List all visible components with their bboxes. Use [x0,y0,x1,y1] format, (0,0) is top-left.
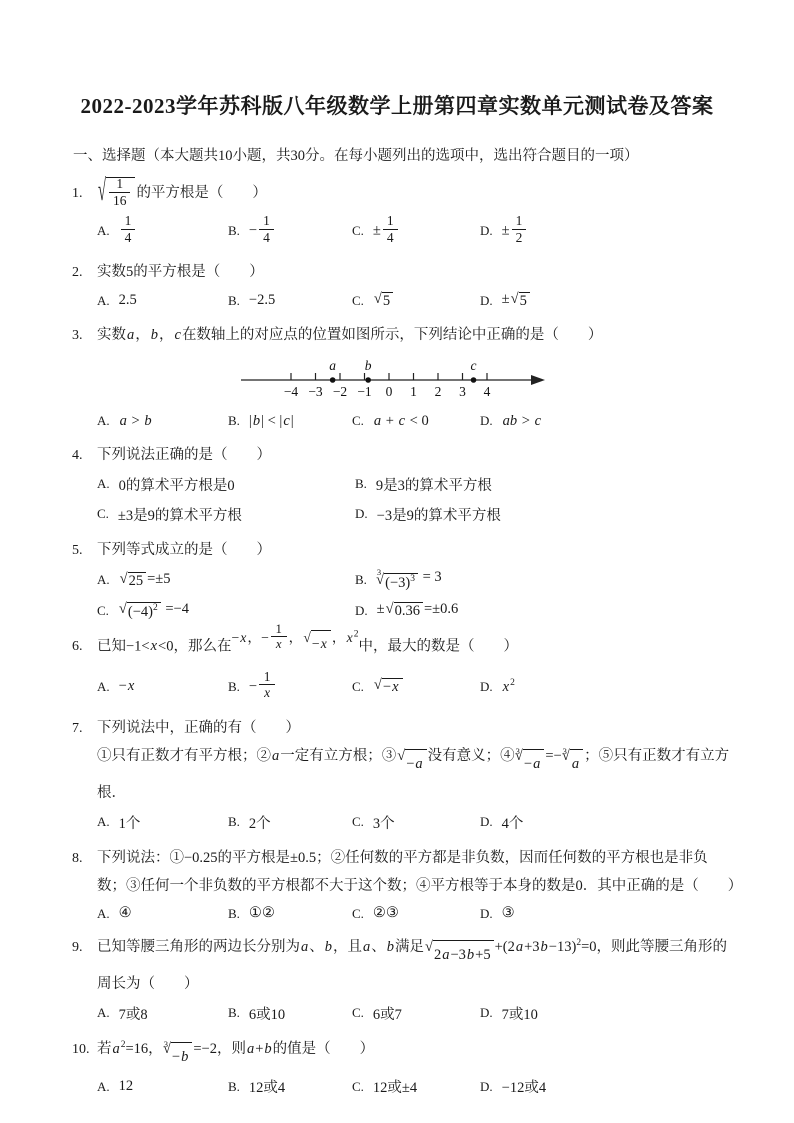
option-body: √(−4)2 =−4 [118,601,189,621]
question-number: 8. [72,851,97,867]
option-label: A. [97,223,110,239]
option: C.12或±4 [352,1072,480,1101]
option-label: A. [97,679,110,695]
question-stem: 下列说法正确的是（ ） [97,441,736,469]
numberline-tick-label: −4 [284,384,299,399]
option: C.√5 [352,287,480,314]
question: 6.已知−1<x<0，那么在−x，−1x，√−x，x2中，最大的数是（ ）A.−… [72,632,736,707]
question-body: 实数5的平方根是（ ）A.2.5B.−2.5C.√5D.±√5 [97,258,736,314]
option-label: C. [352,1079,364,1095]
option-label: D. [480,906,493,922]
option-body: a + c < 0 [373,413,429,430]
option-body: 4个 [502,812,524,833]
question: 4.下列说法正确的是（ ）A.0的算术平方根是0B.9是3的算术平方根C.±3是… [72,441,736,529]
question: 1.√116的平方根是（ ）A.14B.−14C.±14D.±12 [72,177,736,251]
option: B.①② [228,901,352,926]
question-stem: 实数a，b，c在数轴上的对应点的位置如图所示，下列结论中正确的是（ ） [97,321,736,349]
options-row: A.−xB.−1xC.√−xD.x2 [97,667,736,707]
options-row: A.④B.①②C.②③D.③ [97,901,736,926]
option-body: 7或10 [502,1003,538,1024]
question-number: 7. [72,721,97,737]
option-label: B. [355,572,367,588]
option-label: D. [480,679,493,695]
option-body: a > b [119,413,153,430]
option: A.2.5 [97,287,228,314]
option-label: B. [228,1005,240,1021]
option: B.9是3的算术平方根 [355,470,736,499]
option-label: B. [228,679,240,695]
question-stem: √116的平方根是（ ） [97,177,736,210]
option-label: C. [352,223,364,239]
option-label: A. [97,814,110,830]
option: B.6或10 [228,999,352,1028]
option: C.3个 [352,808,480,837]
option: D.ab > c [480,409,736,434]
option-body: 3√(−3)3 = 3 [376,569,442,592]
option: B.3√(−3)3 = 3 [355,565,736,596]
options-row: A.√25=±5B.3√(−3)3 = 3 [97,565,736,596]
option-label: C. [352,1005,364,1021]
option-label: C. [352,293,364,309]
options-row: A.1个B.2个C.3个D.4个 [97,808,736,837]
question-number: 9. [72,940,97,956]
option-label: C. [352,413,364,429]
question-stem: 已知−1<x<0，那么在−x，−1x，√−x，x2中，最大的数是（ ） [97,632,736,666]
option-body: ±14 [373,215,400,247]
question-number: 5. [72,543,97,559]
numberline-tick-label: −3 [308,384,323,399]
option: B.|b| < |c| [228,409,352,434]
section-heading: 一、选择题（本大题共10小题，共30分。在每小题列出的选项中，选出符合题目的一项… [73,144,764,165]
numberline-point [365,377,371,383]
question: 5.下列等式成立的是（ ）A.√25=±5B.3√(−3)3 = 3C.√(−4… [72,536,736,625]
numberline-tick-label: 4 [484,384,491,399]
option-body: −x [119,678,136,695]
option: A.1个 [97,808,228,837]
option-body: 6或10 [249,1003,285,1024]
question-body: √116的平方根是（ ）A.14B.−14C.±14D.±12 [97,177,736,251]
option-label: D. [480,814,493,830]
option-body: √−x [373,677,404,696]
option: D.−12或4 [480,1072,736,1101]
option-label: A. [97,572,110,588]
option-label: C. [352,814,364,830]
option-label: D. [355,603,368,619]
option: A.12 [97,1072,228,1101]
option-label: B. [228,814,240,830]
numberline-tick-label: 1 [410,384,417,399]
option-body: ±3是9的算术平方根 [118,504,242,525]
option-label: B. [228,293,240,309]
question: 7.下列说法中，正确的有（ ）①只有正数才有平方根；②a一定有立方根；③√−a没… [72,714,736,837]
option-body: ①② [249,905,275,922]
option-label: B. [228,223,240,239]
question-body: 实数a，b，c在数轴上的对应点的位置如图所示，下列结论中正确的是（ ）−4−3−… [97,321,736,433]
option-label: D. [480,413,493,429]
option-label: D. [480,1079,493,1095]
option: C.±3是9的算术平方根 [97,500,355,529]
numberline-figure: −4−3−2−101234abc [237,354,549,402]
options-row: C.√(−4)2 =−4D.±√0.36=±0.6 [97,597,736,625]
option-body: −1x [249,671,277,703]
option: D.4个 [480,808,736,837]
question-stem: 下列说法：①−0.25的平方根是±0.5；②任何数的平方都是非负数，因而任何数的… [97,844,736,901]
option: D.−3是9的算术平方根 [355,500,736,529]
option-label: D. [355,506,368,522]
question-stem: 实数5的平方根是（ ） [97,258,736,286]
option-label: B. [355,476,367,492]
option-body: 2个 [249,812,271,833]
option-body: ③ [502,905,515,922]
option: A.④ [97,901,228,926]
option-label: C. [352,679,364,695]
numberline-tick-label: −2 [333,384,347,399]
option-body: 9是3的算术平方根 [376,474,492,495]
numberline-tick-label: −1 [357,384,371,399]
option-body: −3是9的算术平方根 [377,504,501,525]
question-stem: 下列说法中，正确的有（ ） [97,714,736,742]
question: 9.已知等腰三角形的两边长分别为a、b，且a、b满足√2a−3b+5+(2a+3… [72,933,736,1028]
option-body: 12 [119,1078,134,1095]
options-row: A.0的算术平方根是0B.9是3的算术平方根 [97,470,736,499]
option: B.−14 [228,211,352,251]
option: A.√25=±5 [97,565,355,596]
question-body: 下列等式成立的是（ ）A.√25=±5B.3√(−3)3 = 3C.√(−4)2… [97,536,736,625]
option: A.7或8 [97,999,228,1028]
option-label: A. [97,906,110,922]
question-number: 6. [72,639,97,655]
option-label: D. [480,1005,493,1021]
question: 3.实数a，b，c在数轴上的对应点的位置如图所示，下列结论中正确的是（ ）−4−… [72,321,736,433]
option-body: 0的算术平方根是0 [119,474,235,495]
question-body: 若a2=16，3√−b=−2，则a+b的值是（ ）A.12B.12或4C.12或… [97,1035,736,1101]
options-row: C.±3是9的算术平方根D.−3是9的算术平方根 [97,500,736,529]
option-body: ②③ [373,905,399,922]
option: C.②③ [352,901,480,926]
option-body: √5 [373,291,394,310]
option-body: 6或7 [373,1003,402,1024]
option-label: C. [97,506,109,522]
question-number: 2. [72,265,97,281]
option-body: ±√5 [502,291,531,310]
option: A.a > b [97,409,228,434]
option-label: A. [97,1005,110,1021]
option-body: −2.5 [249,292,275,309]
option: D.±√5 [480,287,736,314]
numberline-point [471,377,477,383]
option-body: 7或8 [119,1003,148,1024]
question-stem: 若a2=16，3√−b=−2，则a+b的值是（ ） [97,1035,736,1071]
option-body: ±12 [502,215,529,247]
question-body: 下列说法：①−0.25的平方根是±0.5；②任何数的平方都是非负数，因而任何数的… [97,844,736,927]
option: B.12或4 [228,1072,352,1101]
numberline-tick-label: 3 [459,384,466,399]
page-title: 2022-2023学年苏科版八年级数学上册第四章实数单元测试卷及答案 [38,90,756,120]
option-label: A. [97,293,110,309]
option-body: |b| < |c| [249,413,294,430]
option-body: −14 [249,215,276,247]
question-number: 4. [72,448,97,464]
option: B.2个 [228,808,352,837]
options-row: A.7或8B.6或10C.6或7D.7或10 [97,999,736,1028]
option: C.6或7 [352,999,480,1028]
option-label: A. [97,476,110,492]
option-label: B. [228,413,240,429]
question-list: 1.√116的平方根是（ ）A.14B.−14C.±14D.±122.实数5的平… [72,177,736,1101]
option-body: ±√0.36=±0.6 [377,601,459,620]
question-body: 已知−1<x<0，那么在−x，−1x，√−x，x2中，最大的数是（ ）A.−xB… [97,632,736,707]
numberline-point-label: c [471,358,477,373]
question: 2.实数5的平方根是（ ）A.2.5B.−2.5C.√5D.±√5 [72,258,736,314]
option: A.0的算术平方根是0 [97,470,355,499]
numberline-point-label: b [365,358,372,373]
option-body: −12或4 [502,1076,546,1097]
option: D.±√0.36=±0.6 [355,597,736,625]
option: B.−2.5 [228,287,352,314]
option: C.√−x [352,667,480,707]
option-body: 1个 [119,812,141,833]
numberline-tick-label: 2 [435,384,442,399]
option-body: ab > c [502,413,542,430]
question-stem: 下列等式成立的是（ ） [97,536,736,564]
numberline-tick-label: 0 [386,384,393,399]
option-label: A. [97,413,110,429]
option-body: 3个 [373,812,395,833]
option-label: D. [480,293,493,309]
option-body: 12或±4 [373,1076,417,1097]
question-body: 下列说法正确的是（ ）A.0的算术平方根是0B.9是3的算术平方根C.±3是9的… [97,441,736,529]
option-label: D. [480,223,493,239]
exam-page: 2022-2023学年苏科版八年级数学上册第四章实数单元测试卷及答案 一、选择题… [0,90,794,1101]
question: 10.若a2=16，3√−b=−2，则a+b的值是（ ）A.12B.12或4C.… [72,1035,736,1101]
option-body: 14 [119,215,138,247]
options-row: A.a > bB.|b| < |c|C.a + c < 0D.ab > c [97,409,736,434]
option: A.14 [97,211,228,251]
question-stem: 已知等腰三角形的两边长分别为a、b，且a、b满足√2a−3b+5+(2a+3b−… [97,933,736,998]
option-label: B. [228,1079,240,1095]
option-body: ④ [119,905,132,922]
options-row: A.2.5B.−2.5C.√5D.±√5 [97,287,736,314]
option-label: C. [352,906,364,922]
question-number: 3. [72,328,97,344]
option: B.−1x [228,667,352,707]
option-label: B. [228,906,240,922]
question: 8.下列说法：①−0.25的平方根是±0.5；②任何数的平方都是非负数，因而任何… [72,844,736,927]
options-row: A.14B.−14C.±14D.±12 [97,211,736,251]
option-body: √25=±5 [119,571,171,590]
option: D.x2 [480,667,736,707]
option-body: x2 [502,678,515,696]
question-stem: ①只有正数才有平方根；②a一定有立方根；③√−a没有意义；④3√−a=−3√a；… [97,742,736,807]
option-label: C. [97,603,109,619]
option: C.√(−4)2 =−4 [97,597,355,625]
option: C.a + c < 0 [352,409,480,434]
option: D.③ [480,901,736,926]
numberline-point [330,377,336,383]
question-number: 1. [72,186,97,202]
option: D.±12 [480,211,736,251]
question-number: 10. [72,1042,97,1058]
option-body: 12或4 [249,1076,285,1097]
options-row: A.12B.12或4C.12或±4D.−12或4 [97,1072,736,1101]
option: A.−x [97,667,228,707]
numberline-point-label: a [329,358,336,373]
question-body: 下列说法中，正确的有（ ）①只有正数才有平方根；②a一定有立方根；③√−a没有意… [97,714,736,837]
option: C.±14 [352,211,480,251]
option: D.7或10 [480,999,736,1028]
question-body: 已知等腰三角形的两边长分别为a、b，且a、b满足√2a−3b+5+(2a+3b−… [97,933,736,1028]
option-label: A. [97,1079,110,1095]
option-body: 2.5 [119,292,137,309]
figure-wrap: −4−3−2−101234abc [237,354,736,407]
